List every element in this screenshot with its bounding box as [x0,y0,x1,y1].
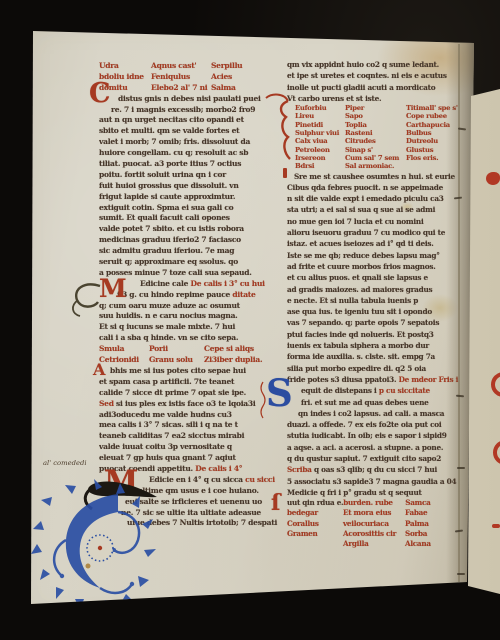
facing-page-red-initial [486,172,500,185]
red-list-bracket [266,95,290,159]
facing-page-red-initial-partial [491,372,500,397]
facing-page-red-initial-partial [493,440,500,465]
flourish-red-dot [98,546,102,550]
facing-page-red-mark [492,524,500,528]
dark-curl-flourish [73,284,100,316]
manuscript-page: UdraAqnus cast'Serpillubdoliu idneFeniqu… [0,0,500,640]
photo-background: UdraAqnus cast'Serpillubdoliu idneFeniqu… [0,0,500,640]
red-filigree [261,382,265,418]
penwork-flourishes [0,0,500,640]
flourish-ochre-dot [86,564,91,569]
